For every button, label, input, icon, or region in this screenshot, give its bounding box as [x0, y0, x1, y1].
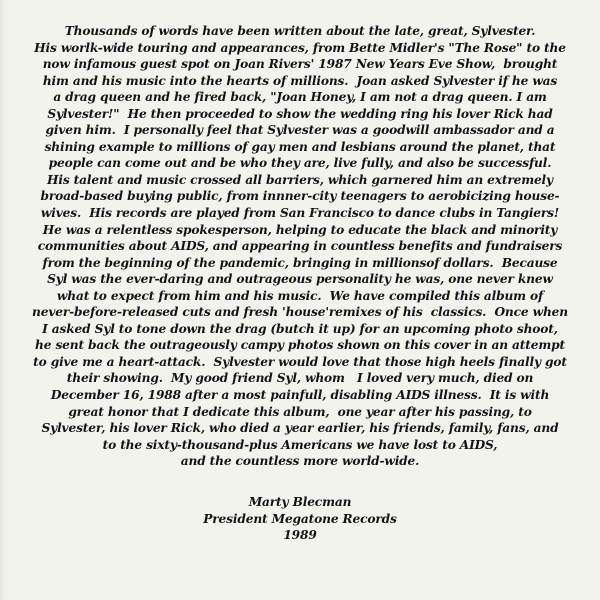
body-line: December 16, 1988 after a most painfull,… [10, 387, 590, 404]
signature-name: Marty Blecman [0, 494, 600, 511]
body-line: from the beginning of the pandemic, brin… [10, 255, 590, 272]
body-line: Syl was the ever-daring and outrageous p… [10, 271, 590, 288]
liner-notes-body: Thousands of words have been written abo… [10, 23, 590, 470]
body-line: great honor that I dedicate this album, … [10, 404, 590, 421]
signature-year: 1989 [0, 527, 600, 544]
liner-notes-page: Thousands of words have been written abo… [0, 0, 600, 600]
body-line: to the sixty-thousand-plus Americans we … [10, 437, 590, 454]
body-line: Sylvester!" He then proceeded to show th… [10, 106, 590, 123]
body-line: Thousands of words have been written abo… [10, 23, 590, 40]
body-line: shining example to millions of gay men a… [10, 139, 590, 156]
body-line: given him. I personally feel that Sylves… [10, 122, 590, 139]
body-line: to give me a heart-attack. Sylvester wou… [10, 354, 590, 371]
body-line: people can come out and be who they are,… [10, 155, 590, 172]
body-line: wives. His records are played from San F… [10, 205, 590, 222]
body-line: communities about AIDS, and appearing in… [10, 238, 590, 255]
signature-block: Marty Blecman President Megatone Records… [0, 494, 600, 544]
body-line: His talent and music crossed all barrier… [10, 172, 590, 189]
body-line: I asked Syl to tone down the drag (butch… [10, 321, 590, 338]
body-line: him and his music into the hearts of mil… [10, 73, 590, 90]
signature-title: President Megatone Records [0, 511, 600, 528]
body-line: their showing. My good friend Syl, whom … [10, 370, 590, 387]
body-line: what to expect from him and his music. W… [10, 288, 590, 305]
body-line: never-before-released cuts and fresh 'ho… [10, 304, 590, 321]
body-line: a drag queen and he fired back, "Joan Ho… [10, 89, 590, 106]
body-line: now infamous guest spot on Joan Rivers' … [10, 56, 590, 73]
body-line: His worlk-wide touring and appearances, … [10, 40, 590, 57]
body-line: He was a relentless spokesperson, helpin… [10, 222, 590, 239]
body-line: he sent back the outrageously campy phot… [10, 337, 590, 354]
body-line: broad-based buying public, from innner-c… [10, 188, 590, 205]
body-line: Sylvester, his lover Rick, who died a ye… [10, 420, 590, 437]
body-line: and the countless more world-wide. [10, 453, 590, 470]
